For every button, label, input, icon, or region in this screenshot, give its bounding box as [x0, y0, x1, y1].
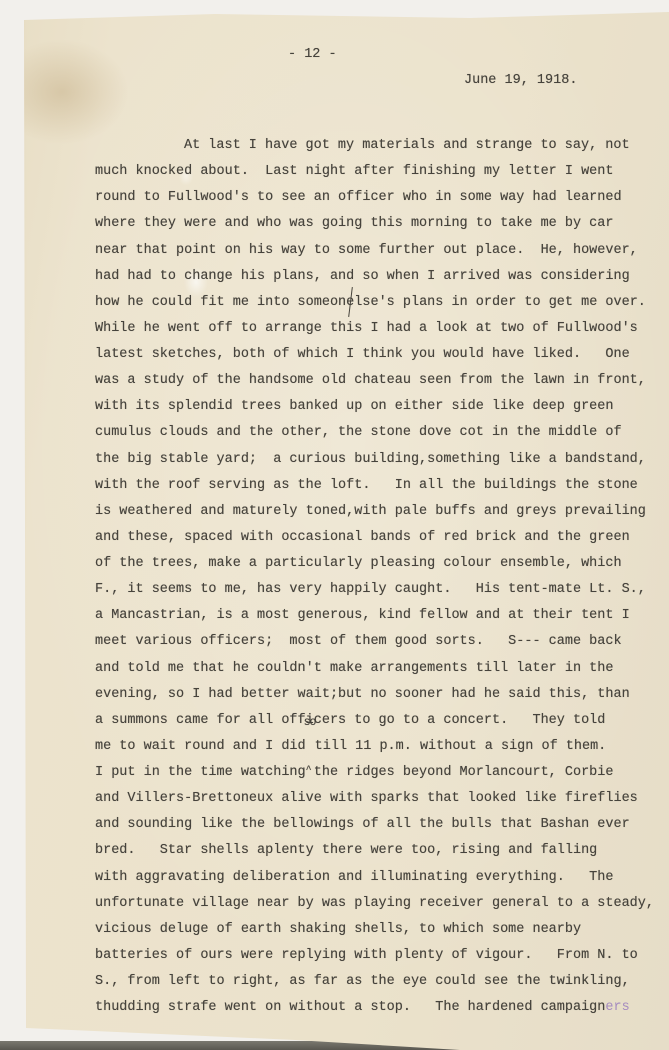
text-line: and told me that he couldn't make arrang… — [95, 656, 655, 682]
text-line: the big stable yard; a curious building,… — [95, 447, 655, 473]
page-number: - 12 - — [288, 47, 337, 62]
text-line: While he went off to arrange this I had … — [95, 316, 655, 342]
overstruck-character: e — [346, 290, 354, 316]
date-line: June 19, 1918. — [464, 73, 577, 88]
text-line: evening, so I had better wait;but no soo… — [95, 682, 655, 708]
text-line: near that point on his way to some furth… — [95, 238, 655, 264]
text-line: was a study of the handsome old chateau … — [95, 368, 655, 394]
text-line: meet various officers; most of them good… — [95, 629, 655, 655]
text-line: how he could fit me into someonelse's pl… — [95, 290, 655, 316]
text-line: F., it seems to me, has very happily cau… — [95, 577, 655, 603]
text-line: and these, spaced with occasional bands … — [95, 525, 655, 551]
faded-ink-text: ers — [605, 1000, 629, 1015]
text-line: with aggravating deliberation and illumi… — [95, 865, 655, 891]
text-line: I put in the time watching the ridges be… — [95, 760, 655, 786]
text-line: with its splendid trees banked up on eit… — [95, 394, 655, 420]
text-line: latest sketches, both of which I think y… — [95, 342, 655, 368]
text-line: bred. Star shells aplenty there were too… — [95, 838, 655, 864]
text-line: is weathered and maturely toned,with pal… — [95, 499, 655, 525]
text-line: vicious deluge of earth shaking shells, … — [95, 917, 655, 943]
text-line: much knocked about. Last night after fin… — [95, 159, 655, 185]
text-line: had had to change his plans, and so when… — [95, 264, 655, 290]
text-line: cumulus clouds and the other, the stone … — [95, 420, 655, 446]
text-line: round to Fullwood's to see an officer wh… — [95, 185, 655, 211]
text-line: and sounding like the bellowings of all … — [95, 812, 655, 838]
text-line: thudding strafe went on without a stop. … — [95, 995, 655, 1021]
text-line: batteries of ours were replying with ple… — [95, 943, 655, 969]
caret-mark: ^ — [306, 758, 312, 784]
letter-paper: - 12 - June 19, 1918. At last I have got… — [0, 0, 669, 1050]
text-line: and Villers-Brettoneux alive with sparks… — [95, 786, 655, 812]
text-line: of the trees, make a particularly pleasi… — [95, 551, 655, 577]
letter-body: At last I have got my materials and stra… — [95, 133, 655, 1021]
text-line: At last I have got my materials and stra… — [95, 133, 655, 159]
text-line: a Mancastrian, is a most generous, kind … — [95, 603, 655, 629]
text-line: me to wait round and I didso^till 11 p.m… — [95, 734, 655, 760]
text-line: a summons came for all officers to go to… — [95, 708, 655, 734]
text-line: where they were and who was going this m… — [95, 211, 655, 237]
text-line: with the roof serving as the loft. In al… — [95, 473, 655, 499]
text-line: S., from left to right, as far as the ey… — [95, 969, 655, 995]
text-line: unfortunate village near by was playing … — [95, 891, 655, 917]
scanned-letter-page: - 12 - June 19, 1918. At last I have got… — [0, 0, 669, 1050]
